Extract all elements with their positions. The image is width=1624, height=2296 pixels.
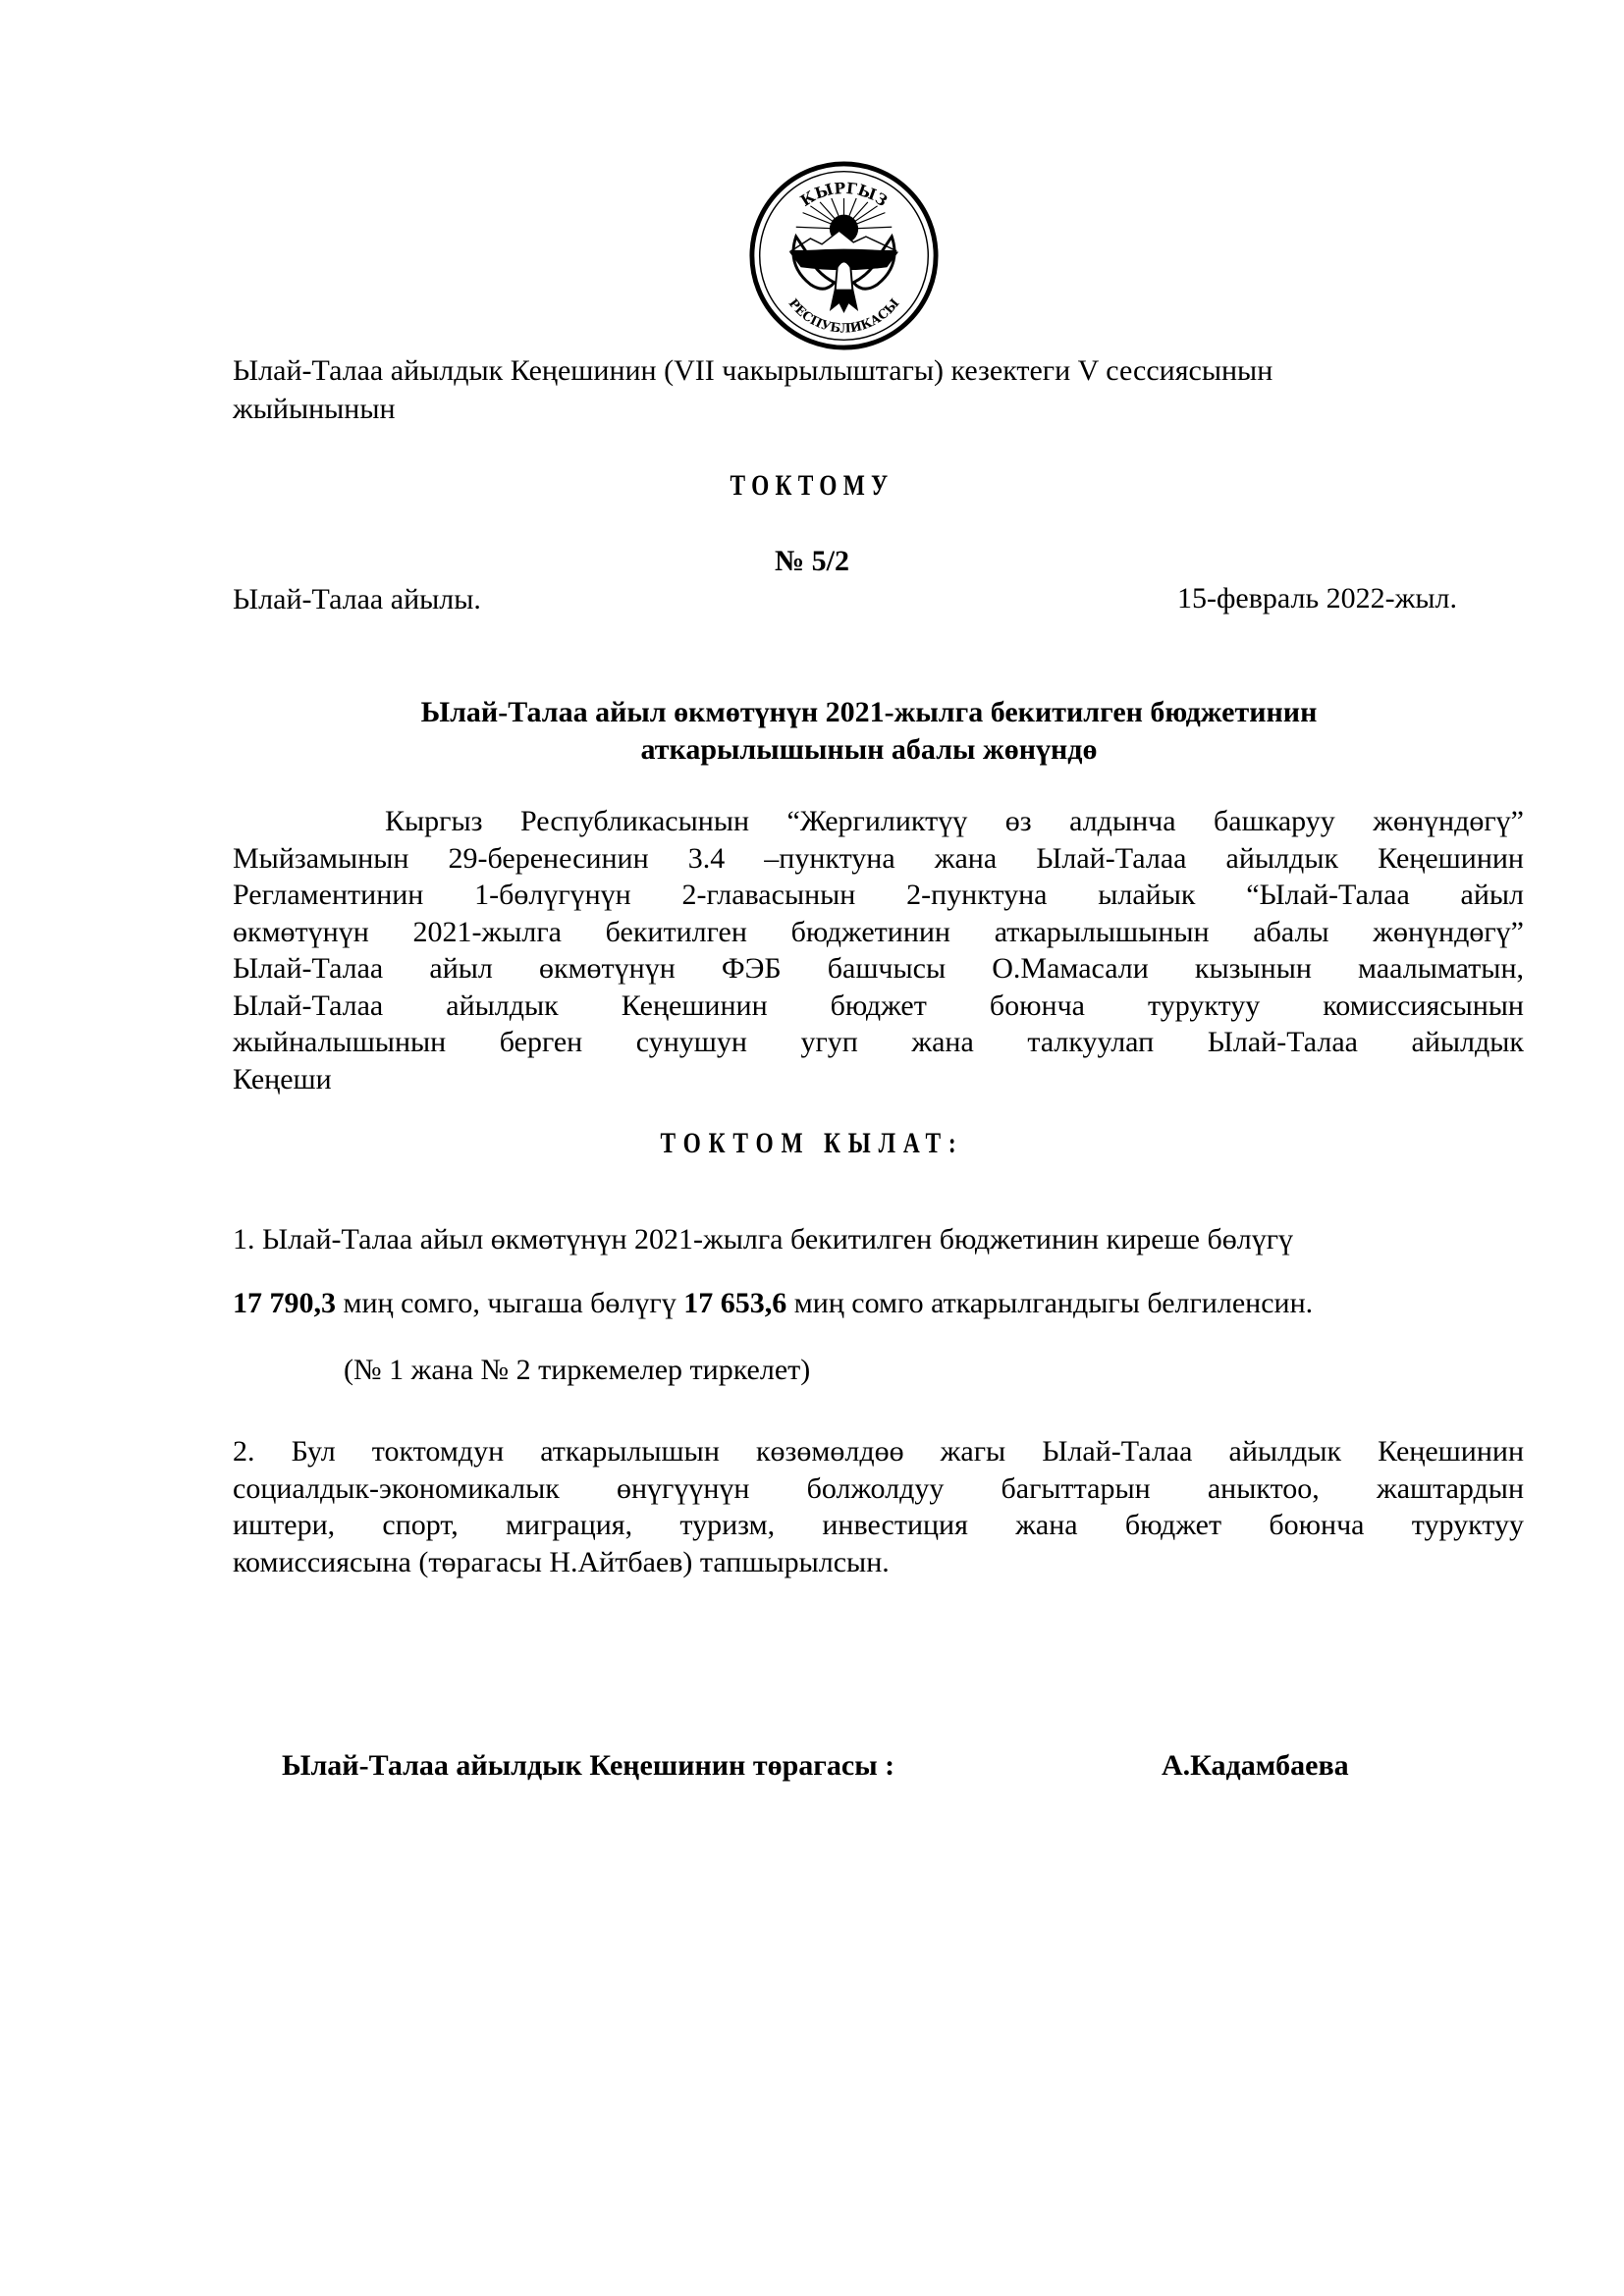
preamble: Кыргыз Республикасынын “Жергиликтүү өз а… — [233, 803, 1524, 1097]
header-line-2: жыйынынын — [233, 392, 396, 427]
header-line-1: Ылай-Талаа айылдык Кеңешинин (VII чакыры… — [233, 353, 1272, 389]
item-1-line-1: 1. Ылай-Талаа айыл өкмөтүнүн 2021-жылга … — [233, 1222, 1293, 1257]
expense-amount: 17 653,6 — [683, 1287, 786, 1319]
item-2-line: комиссиясына (төрагасы Н.Айтбаев) тапшыр… — [233, 1544, 1524, 1581]
attachments-note: (№ 1 жана № 2 тиркемелер тиркелет) — [344, 1353, 810, 1388]
document-title: ТОКТОМУ — [179, 469, 1445, 503]
preamble-line: Мыйзамынын 29-беренесинин 3.4 –пунктуна … — [233, 840, 1524, 878]
item-2-line: социалдык-экономикалык өнүгүүнүн болжолд… — [233, 1470, 1524, 1508]
kyrgyz-state-emblem-icon: КЫРГЫЗ РЕСПУБЛИКАСЫ — [743, 160, 945, 351]
document-number: № 5/2 — [0, 545, 1624, 578]
item-1-line-2: 17 790,3 миң сомго, чыгаша бөлүгү 17 653… — [233, 1286, 1313, 1321]
preamble-line: жыйналышынын берген сунушун угуп жана та… — [233, 1024, 1524, 1061]
subject-line-2: аткарылышынын абалы жөнүндө — [324, 731, 1414, 769]
item-2-line: 2. Бул токтомдун аткарылышын көзөмөлдөө … — [233, 1433, 1524, 1470]
preamble-line: Кыргыз Республикасынын “Жергиликтүү өз а… — [233, 803, 1524, 840]
item-2: 2. Бул токтомдун аткарылышын көзөмөлдөө … — [233, 1433, 1524, 1580]
subject-line-1: Ылай-Талаа айыл өкмөтүнүн 2021-жылга бек… — [324, 694, 1414, 731]
signatory-position: Ылай-Талаа айылдык Кеңешинин төрагасы : — [282, 1749, 894, 1783]
decree-heading: ТОКТОМ КЫЛАТ: — [179, 1127, 1445, 1160]
signatory-name: А.Кадамбаева — [1162, 1749, 1349, 1783]
preamble-line: өкмөтүнүн 2021-жылга бекитилген бюджетин… — [233, 914, 1524, 951]
preamble-line: Кеңеши — [233, 1061, 1524, 1098]
place: Ылай-Талаа айылы. — [233, 582, 481, 617]
preamble-line: Регламентинин 1-бөлүгүнүн 2-главасынын 2… — [233, 877, 1524, 914]
income-amount: 17 790,3 — [233, 1287, 336, 1319]
document-date: 15-февраль 2022-жыл. — [1177, 582, 1457, 615]
subject-heading: Ылай-Талаа айыл өкмөтүнүн 2021-жылга бек… — [324, 694, 1414, 769]
item-2-line: иштери, спорт, миграция, туризм, инвести… — [233, 1507, 1524, 1544]
preamble-line: Ылай-Талаа айылдык Кеңешинин бюджет боюн… — [233, 988, 1524, 1025]
preamble-line: Ылай-Талаа айыл өкмөтүнүн ФЭБ башчысы О.… — [233, 950, 1524, 988]
